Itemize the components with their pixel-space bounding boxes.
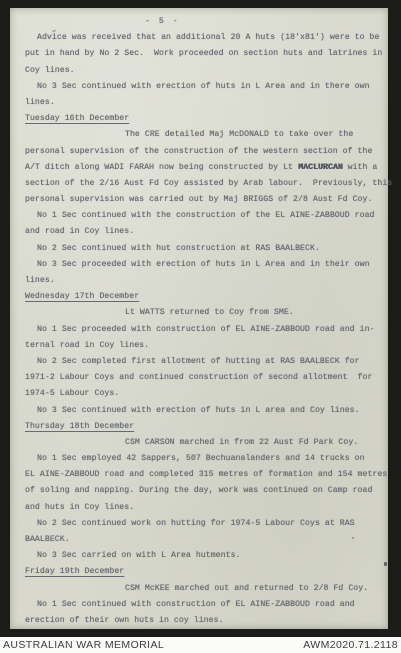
document-line: A/T ditch along WADI FARAH now being con… — [10, 160, 388, 176]
scanned-document-photo: - 5 -Advice was received that an additio… — [0, 0, 401, 653]
document-line: personal supervision was carried out by … — [10, 192, 388, 208]
date-heading: Wednesday 17th December — [10, 289, 388, 305]
document-line: and huts in Coy lines. — [10, 500, 388, 516]
paper-speck — [352, 537, 354, 539]
document-line: No 2 Sec continued with hut construction… — [10, 241, 388, 257]
document-line: No 1 Sec continued with the construction… — [10, 208, 388, 224]
document-line: BAALBECK. — [10, 532, 388, 548]
document-line: The CRE detailed Maj McDONALD to take ov… — [10, 127, 388, 143]
archive-id-label: AWM2020.71.2118 — [303, 639, 398, 651]
document-line: No 3 Sec continued with erection of huts… — [10, 79, 388, 95]
document-line: No 2 Sec continued work on hutting for 1… — [10, 516, 388, 532]
document-line: No 3 Sec continued with erection of huts… — [10, 403, 388, 419]
document-line: Advice was received that an additional 2… — [10, 30, 388, 46]
document-line: and road in Coy lines. — [10, 224, 388, 240]
document-line: CSM CARSON marched in from 22 Aust Fd Pa… — [10, 435, 388, 451]
overstruck-text: MACLURCAN — [298, 163, 343, 172]
typewritten-page: - 5 -Advice was received that an additio… — [10, 8, 388, 629]
document-line: Lt WATTS returned to Coy from SME. — [10, 305, 388, 321]
document-line: personal supervision of the construction… — [10, 144, 388, 160]
document-line: Coy lines. — [10, 63, 388, 79]
document-line: lines. — [10, 273, 388, 289]
archive-name-label: AUSTRALIAN WAR MEMORIAL — [3, 639, 164, 651]
document-line: - 5 - — [10, 14, 388, 30]
archive-footer: AUSTRALIAN WAR MEMORIAL AWM2020.71.2118 — [0, 637, 401, 653]
document-line: EL AINE-ZABBOUD road and completed 315 m… — [10, 467, 388, 483]
document-line: No 1 Sec proceeded with construction of … — [10, 322, 388, 338]
document-line: lines. — [10, 95, 388, 111]
document-line: of soling and napping. During the day, w… — [10, 483, 388, 499]
document-lines: - 5 -Advice was received that an additio… — [10, 14, 388, 629]
document-line: put in hand by No 2 Sec. Work proceeded … — [10, 46, 388, 62]
date-heading: Thursday 18th December — [10, 419, 388, 435]
document-line: No 1 Sec continued with construction of … — [10, 597, 388, 613]
document-line: erection of their own huts in coy lines. — [10, 613, 388, 629]
document-line: ternal road in Coy lines. — [10, 338, 388, 354]
paper-speck — [384, 562, 387, 566]
document-line: CSM McKEE marched out and returned to 2/… — [10, 581, 388, 597]
document-line: 1974-5 Labour Coys. — [10, 386, 388, 402]
document-line: 1971-2 Labour Coys and continued constru… — [10, 370, 388, 386]
document-line: section of the 2/16 Aust Fd Coy assisted… — [10, 176, 388, 192]
document-line: No 3 Sec carried on with L Area hutments… — [10, 548, 388, 564]
date-heading: Tuesday 16th December — [10, 111, 388, 127]
date-heading: Friday 19th December — [10, 564, 388, 580]
line-segment: with a — [343, 163, 378, 172]
line-segment: A/T ditch along WADI FARAH now being con… — [25, 163, 298, 172]
document-line: No 1 Sec employed 42 Sappers, 507 Bechua… — [10, 451, 388, 467]
document-line: No 2 Sec completed first allotment of hu… — [10, 354, 388, 370]
document-line: No 3 Sec proceeded with erection of huts… — [10, 257, 388, 273]
